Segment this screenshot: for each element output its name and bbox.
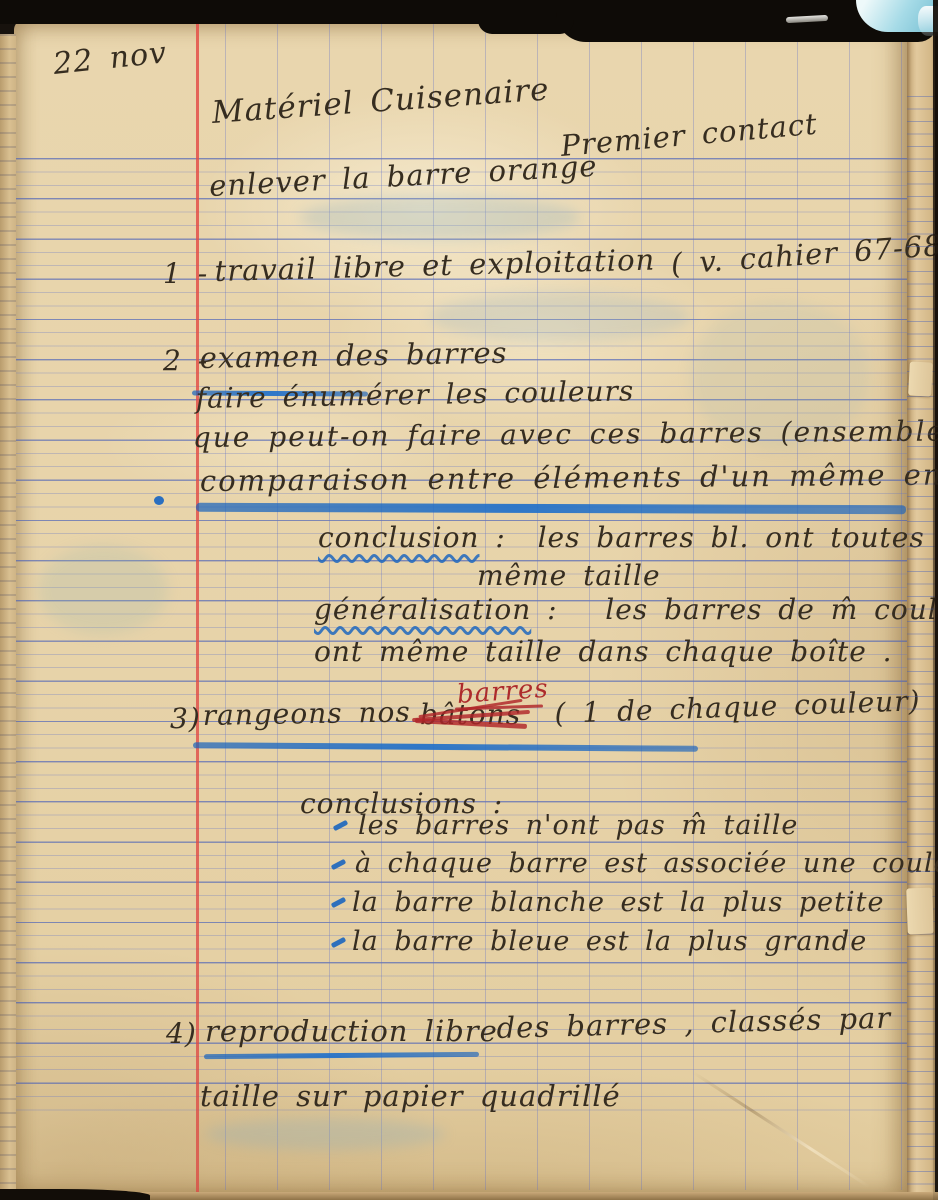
page-bottom-edge: [126, 1192, 938, 1200]
generalisation-label: généralisation: [314, 593, 531, 626]
underlying-pages-ruling: [907, 96, 935, 1192]
item3-number: 3): [170, 705, 201, 733]
conclusion-text: : les barres bl. ont toutes: [479, 521, 924, 554]
bullet-item: la barre blanche est la plus petite: [352, 889, 884, 916]
conclusion-line2: même taille: [477, 562, 661, 590]
bullet-item: les barres n'ont pas m̂ taille: [358, 812, 798, 839]
generalisation-text: : les barres de m̂ couleur: [531, 593, 938, 626]
item2-line-usage: que peut-on faire avec ces barres (ensem…: [193, 417, 938, 452]
tape-fragment: [906, 888, 934, 935]
ink-bleed-stain: [205, 1118, 445, 1150]
underlying-pages-left-edge: [0, 34, 16, 1194]
item3-text-before: rangeons nos: [203, 698, 411, 730]
generalisation-line: généralisation : les barres de m̂ couleu…: [314, 596, 938, 624]
conclusion-label: conclusion: [318, 521, 479, 554]
scanner-background-right: [933, 0, 938, 1200]
ink-bleed-stain: [300, 195, 580, 240]
bullet-item: la barre bleue est la plus grande: [352, 928, 867, 955]
item4-line2: taille sur papier quadrillé: [200, 1082, 621, 1111]
item2-heading: examen des barres: [199, 339, 507, 373]
item1-number: 1 -: [163, 260, 208, 288]
bullet-item: à chaque barre est associée une couleur: [355, 850, 938, 877]
blue-dot: [154, 496, 164, 505]
generalisation-line2: ont même taille dans chaque boîte .: [314, 638, 893, 666]
item2-line-comparison: comparaison entre éléments d'un même ens…: [200, 459, 938, 496]
item4-underlined: reproduction libre: [205, 1017, 498, 1046]
scanner-background-bottom-left: [0, 1189, 150, 1200]
page-top-shadow: [478, 18, 574, 34]
conclusion-line: conclusion : les barres bl. ont toutes: [318, 524, 925, 552]
item2-line-colors: faire énumérer les couleurs: [196, 377, 635, 413]
notebook-scan: 22 nov Matériel Cuisenaire Premier conta…: [0, 0, 938, 1200]
tape-fragment: [908, 361, 933, 396]
ink-bleed-stain: [430, 292, 690, 342]
ink-bleed-stain: [38, 545, 168, 635]
item4-number: 4): [166, 1020, 197, 1048]
